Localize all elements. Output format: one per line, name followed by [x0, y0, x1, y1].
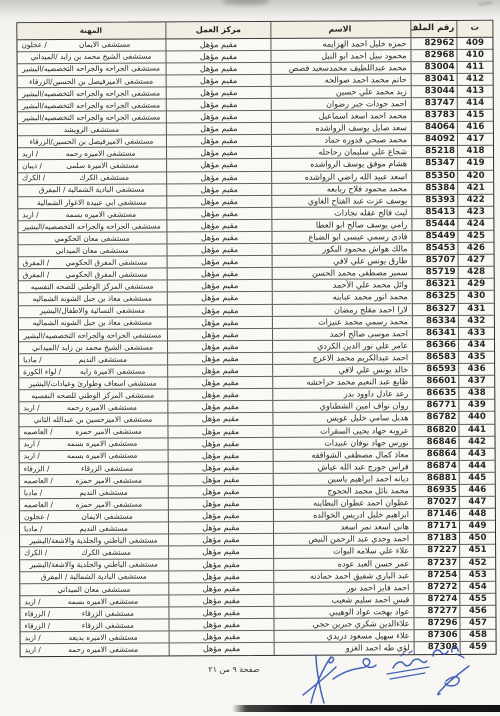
serial-cell: 437 — [458, 376, 494, 387]
serial-cell: 440 — [458, 412, 494, 423]
work-center-cell: مقيم مؤهل — [168, 558, 273, 570]
serial-cell: 458 — [460, 630, 496, 641]
work-center-cell: مقيم مؤهل — [168, 534, 273, 546]
name-cell: حاتم محمد احمد صوالحه — [271, 74, 411, 86]
work-center-cell: مقيم مؤهل — [167, 353, 272, 365]
file-number-cell: 85218 — [411, 146, 457, 157]
file-number-cell: 86334 — [412, 316, 458, 327]
hospital-name: مستشفى الامير حمزه — [55, 426, 163, 438]
district-label: / الزرقاء — [24, 620, 52, 631]
profession-cell: مستشفى الاميره رحمه/ اربد — [19, 402, 167, 414]
hospital-name: مستشفى الجراحه والجراحه التخصصيه/البشير — [22, 87, 161, 99]
work-center-cell: مقيم مؤهل — [169, 643, 274, 656]
district-label: / اربد — [24, 451, 42, 462]
profession-cell: مستشفى معان الميداني — [20, 583, 168, 595]
work-center-cell: مقيم مؤهل — [166, 99, 271, 111]
serial-cell: 431 — [458, 303, 494, 314]
name-cell: قيس احمد سليم شعيب — [273, 594, 413, 606]
name-cell: لارا احمد مقلح رمضان — [272, 304, 412, 316]
serial-cell: 420 — [457, 170, 493, 181]
work-center-cell: مقيم مؤهل — [166, 220, 271, 232]
work-center-cell: مقيم مؤهل — [168, 619, 273, 631]
work-center-cell: مقيم مؤهل — [165, 38, 270, 50]
file-number-cell: 86635 — [412, 388, 458, 399]
work-center-cell: مقيم مؤهل — [166, 184, 271, 196]
serial-cell: 443 — [459, 448, 495, 459]
serial-cell: 415 — [457, 110, 493, 121]
file-number-cell: 87183 — [413, 533, 459, 544]
profession-cell: مستشفى الشيخ محمد بن زايد /الميداني — [19, 341, 167, 353]
hospital-name: مستشفى الزرقاء — [51, 462, 162, 474]
profession-cell: مستشفى الشيخ محمد بن زايد /الميداني — [17, 51, 165, 63]
work-center-cell: مقيم مؤهل — [168, 438, 273, 450]
profession-cell: مستشفى النسائية والاطفال/البشير — [19, 305, 167, 317]
file-number-cell: 85393 — [411, 195, 457, 206]
serial-cell: 433 — [458, 328, 494, 339]
profession-cell: مستشفى اسعاف وطوارئ وعيادات/البشير — [19, 378, 167, 390]
work-center-cell: مقيم مؤهل — [168, 607, 273, 619]
serial-cell: 425 — [457, 231, 493, 242]
serial-cell: 422 — [457, 194, 493, 205]
serial-cell: 454 — [459, 581, 495, 592]
profession-cell: مستشفى معان الحكومي — [18, 232, 166, 244]
district-label: / مادبا — [24, 523, 44, 534]
file-number-cell: 83044 — [411, 86, 457, 97]
scan-artifact-bar — [232, 705, 500, 712]
serial-cell: 455 — [459, 594, 495, 605]
hospital-name: مستشفى الاميره بسمه — [43, 595, 164, 607]
work-center-cell: مقيم مؤهل — [167, 268, 272, 280]
file-number-cell: 87254 — [413, 570, 459, 581]
district-label: / المفرق — [23, 269, 52, 280]
profession-cell: مستشفى الجراحه والجراحه التخصصيه/البشير — [19, 329, 167, 341]
file-number-cell: 85413 — [411, 207, 457, 218]
table-row: 45987308لؤي طه احمد الغزومقيم مؤهلمستشفى… — [21, 642, 496, 657]
hospital-name: مستشفى الاميره رحمه — [40, 148, 161, 160]
file-number-cell: 86771 — [412, 400, 458, 411]
serial-cell: 410 — [456, 49, 492, 60]
file-number-cell: 84064 — [411, 122, 457, 133]
name-cell: احمد موسى صالح احمد — [272, 328, 412, 340]
file-number-cell: 86321 — [412, 279, 458, 290]
hospital-name: مستشفى المفرق الحكومي — [51, 269, 161, 281]
hospital-name: مستشفى المركز الوطني للصحه النفسيه — [23, 281, 162, 293]
work-center-cell: مقيم مؤهل — [167, 341, 272, 353]
name-cell: احمد عبدالكريم محمد الاعرج — [272, 352, 412, 364]
hospital-name: مستشفى الجراحه والجراحه التخصصيه/البشير — [22, 220, 161, 232]
district-label: / العاصمه — [23, 426, 54, 437]
work-center-cell: مقيم مؤهل — [167, 256, 272, 268]
name-cell: ابراهيم خليل ادريس الخوالده — [273, 509, 413, 521]
file-number-cell: 87237 — [413, 557, 459, 568]
hospital-name: مستشفى الجراحه والجراحه التخصصيه/البشير — [22, 112, 161, 124]
profession-cell: مستشفى الزرقاء/ الزرقاء — [20, 462, 168, 474]
name-cell: هاني اسعد نمر اسعد — [273, 521, 413, 533]
name-cell: فراس جورج عبد الله عياش — [273, 461, 413, 473]
hospital-name: مستشفى النديم — [43, 353, 162, 365]
work-center-cell: مقيم مؤهل — [167, 377, 272, 389]
file-number-cell: 86820 — [412, 424, 458, 435]
profession-cell: مستشفى الاميره بديعه/ اربد — [21, 632, 169, 644]
serial-cell: 451 — [459, 545, 495, 556]
hospital-name: مستشفى الاميره بسمه — [42, 450, 163, 462]
profession-cell: مستشفى الكرك/ الكرك — [20, 547, 168, 559]
name-cell: زيد محمد علي حسين — [271, 86, 411, 98]
profession-cell: مستشفى الاميرفيصل بن الحسين/الزرقاء — [18, 136, 166, 148]
serial-cell: 432 — [458, 315, 494, 326]
file-number-cell: 82962 — [410, 37, 456, 48]
name-cell: طارق يونس علي لافي — [272, 255, 412, 267]
profession-cell: مستشفى الامير حمزه/ العاصمه — [19, 426, 167, 438]
district-label: / الزرقاء — [24, 463, 52, 474]
district-label: / العاصمه — [24, 475, 55, 486]
serial-cell: 430 — [458, 291, 494, 302]
name-cell: معاذ كمال مصطفى الشواقفه — [273, 449, 413, 461]
work-center-cell: مقيم مؤهل — [167, 304, 272, 316]
profession-cell: مستشفى المركز الوطني للصحه النفسيه — [19, 390, 167, 402]
work-center-cell: مقيم مؤهل — [166, 75, 271, 87]
profession-cell: مستشفى الباطني والجلدية والاشعة/البشير — [20, 535, 168, 547]
file-number-cell: 85707 — [412, 255, 458, 266]
hospital-name: مستشفى الرويشد — [22, 124, 161, 136]
header-serial: ت — [456, 21, 492, 37]
name-cell: عروبه جهاد يحيى السقرات — [272, 425, 412, 437]
district-label: / عجلون — [24, 511, 51, 522]
profession-cell: مستشفى الرويشد — [18, 124, 166, 136]
file-number-cell: 86325 — [412, 291, 458, 302]
name-cell: محمد نائل محمد الحجوج — [273, 485, 413, 497]
work-center-cell: مقيم مؤهل — [166, 147, 271, 159]
name-cell: يوسف عزت عبد الفتاح الغاوي — [271, 195, 411, 207]
file-number-cell: 87277 — [413, 606, 459, 617]
name-cell: ديانه احمد ابراهيم ياسين — [273, 473, 413, 485]
work-center-cell: مقيم مؤهل — [168, 498, 273, 510]
district-label: / اربد — [25, 632, 43, 643]
name-cell: حمزه خليل احمد الهزايمه — [270, 38, 410, 50]
name-cell: عواد بهجت عواد الوهيبي — [273, 606, 413, 618]
work-center-cell: مقيم مؤهل — [167, 413, 272, 425]
name-cell: شجاع علي سليمان رحاحله — [271, 147, 411, 159]
profession-cell: مستشفى معاذ بن جبل الشونه الشماليه — [19, 293, 167, 305]
header-name: الاسم — [270, 21, 410, 37]
profession-cell: مستشفى البادية الشمالية / المفرق — [18, 184, 166, 196]
district-label: / اربد — [23, 402, 41, 413]
work-center-cell: مقيم مؤهل — [167, 317, 272, 329]
serial-cell: 444 — [459, 461, 495, 472]
file-number-cell: 83041 — [411, 74, 457, 85]
district-label: / مادبا — [24, 487, 44, 498]
district-label: / المفرق — [23, 257, 52, 268]
hospital-name: مستشفى الزرقاء — [52, 607, 163, 619]
profession-cell: مستشفى معان الميداني — [19, 245, 167, 257]
hospital-name: مستشفى الجراحه والجراحه التخصصيه/البشير — [22, 63, 161, 75]
district-label: / العاصمه — [24, 499, 55, 510]
name-cell: محمد احمد اسعد اسماعيل — [271, 110, 411, 122]
hospital-name: مستشفى الاميرحسين بن عبدالله الثاني — [23, 414, 162, 426]
file-number-cell: 87274 — [413, 594, 459, 605]
profession-cell: مستشفى المركز الوطني للصحه النفسيه — [19, 281, 167, 293]
staff-roster-table: ت رقم الملف الاسم مركز العمل المهنة 4098… — [16, 20, 496, 658]
name-cell: علاءالدين شكري جبرين حجي — [273, 618, 413, 630]
profession-cell: مستشفى الكرك/ الكرك — [18, 172, 166, 184]
file-number-cell: 86846 — [413, 437, 459, 448]
work-center-cell: مقيم مؤهل — [167, 292, 272, 304]
hospital-name: مستشفى النديم — [44, 523, 163, 535]
hospital-name: مستشفى النسائية والاطفال/البشير — [23, 305, 162, 317]
work-center-cell: مقيم مؤهل — [168, 522, 273, 534]
profession-cell: مستشفى الايمان/ عجلون — [20, 511, 168, 523]
file-number-cell: 83747 — [411, 98, 457, 109]
name-cell: سعد صايل يوسف الرواشده — [271, 122, 411, 134]
scan-smudge — [222, 0, 270, 5]
work-center-cell: مقيم مؤهل — [167, 389, 272, 401]
name-cell: علاء سهيل مسعود دريدي — [274, 630, 414, 642]
file-number-cell: 85384 — [411, 183, 457, 194]
serial-cell: 449 — [459, 521, 495, 532]
file-number-cell: 87171 — [413, 521, 459, 532]
serial-cell: 442 — [459, 436, 495, 447]
hospital-name: مستشفى الجراحه والجراحه التخصصيه/البشير — [22, 99, 161, 111]
profession-cell: مستشفى الجراحه والجراحه التخصصيه/البشير — [18, 99, 166, 111]
profession-cell: مستشفى الامير حمزه/ العاصمه — [20, 474, 168, 486]
hospital-name: مستشفى الاميره رحمه — [42, 402, 163, 414]
header-profession: المهنة — [17, 22, 165, 38]
work-center-cell: مقيم مؤهل — [167, 244, 272, 256]
name-cell: وائل محمد علي الأحمد — [272, 280, 412, 292]
district-label: / مادبا — [23, 354, 43, 365]
serial-cell: 436 — [458, 364, 494, 375]
name-cell: احمد جودات جبر رضوان — [271, 98, 411, 110]
file-number-cell: 87296 — [413, 618, 459, 629]
hospital-name: مستشفى معاذ بن جبل الشونه الشماليه — [23, 317, 162, 329]
name-cell: احمد وجدي عبد الرحمن النيص — [273, 534, 413, 546]
serial-cell: 417 — [457, 134, 493, 145]
name-cell: طايع عبد النعيم محمد حراحشه — [272, 376, 412, 388]
district-label: / لواء الكورة — [23, 366, 63, 378]
work-center-cell: مقيم مؤهل — [166, 135, 271, 147]
file-number-cell: 85453 — [412, 243, 458, 254]
work-center-cell: مقيم مؤهل — [166, 232, 271, 244]
profession-cell: مستشفى الاميره بسمه/ اربد — [20, 450, 168, 462]
name-cell: نورس جهاد نوفان عبيدات — [273, 437, 413, 449]
district-label: / عجلون — [21, 39, 48, 50]
serial-cell: 459 — [460, 642, 496, 654]
profession-cell: مستشفى الاميره بسمه/ اربد — [20, 438, 168, 450]
file-number-cell: 86583 — [412, 352, 458, 363]
profession-cell: مستشفى الزرقاء/ الزرقاء — [20, 607, 168, 619]
district-label: / الزرقاء — [24, 608, 52, 619]
scanned-document-page: ت رقم الملف الاسم مركز العمل المهنة 4098… — [0, 0, 500, 716]
work-center-cell: مقيم مؤهل — [168, 474, 273, 486]
file-number-cell: 87308 — [414, 642, 460, 654]
work-center-cell: مقيم مؤهل — [166, 111, 271, 123]
table-body: 40982962حمزه خليل احمد الهزايمهمقيم مؤهل… — [17, 37, 495, 656]
name-cell: عامر علي نور الدين الكردي — [272, 340, 412, 352]
hospital-name: مستشفى معان الميداني — [23, 245, 162, 257]
serial-cell: 438 — [458, 388, 494, 399]
serial-cell: 411 — [457, 61, 493, 72]
file-number-cell: 83783 — [411, 110, 457, 121]
hospital-name: مستشفى معان الحكومي — [22, 232, 161, 244]
file-number-cell: 85449 — [411, 231, 457, 242]
profession-cell: مستشفى الاميره رحمه/ اربد — [21, 644, 169, 657]
hospital-name: مستشفى الشيخ محمد بن زايد /الميداني — [21, 51, 160, 63]
name-cell: اسعد عبيد الله راضي الرواشده — [271, 171, 411, 183]
name-cell: مالك هواش محمود البكور — [272, 243, 412, 255]
work-center-cell: مقيم مؤهل — [168, 571, 273, 583]
file-number-cell: 86782 — [412, 412, 458, 423]
hospital-name: مستشفى الاميره بسمه — [41, 208, 162, 220]
district-label: / ذيبان — [22, 160, 44, 171]
hospital-name: مستشفى الايمان — [51, 511, 163, 523]
work-center-cell: مقيم مؤهل — [166, 63, 271, 75]
hospital-name: مستشفى الاميرة رايه — [63, 365, 162, 377]
work-center-cell: مقيم مؤهل — [168, 595, 273, 607]
serial-cell: 456 — [459, 606, 495, 617]
district-label: / اربد — [24, 596, 42, 607]
profession-cell: مستشفى الاميره بسمه/ اربد — [18, 208, 166, 220]
file-number-cell: 86593 — [412, 364, 458, 375]
file-number-cell: 86874 — [413, 461, 459, 472]
hospital-name: مستشفى الباطني والجلدية والاشعة/البشير — [24, 559, 163, 571]
profession-cell: مستشفى الاميرة رايه/ لواء الكورة — [19, 365, 167, 377]
serial-cell: 450 — [459, 533, 495, 544]
work-center-cell: مقيم مؤهل — [166, 171, 271, 183]
district-label: / اربد — [25, 645, 43, 657]
file-number-cell: 86601 — [412, 376, 458, 387]
serial-cell: 426 — [458, 243, 494, 254]
hospital-name: مستشفى الكرك — [49, 547, 163, 559]
hospital-name: مستشفى البادية الشمالية / المفرق — [24, 571, 163, 583]
profession-cell: مستشفى ابي عبيدة الاغوار الشمالية — [18, 196, 166, 208]
serial-cell: 424 — [457, 219, 493, 230]
serial-cell: 447 — [459, 497, 495, 508]
name-cell: لؤي طه احمد الغزو — [274, 642, 414, 655]
hospital-name: مستشفى معان الميداني — [24, 583, 163, 595]
work-center-cell: مقيم مؤهل — [168, 462, 273, 474]
serial-cell: 419 — [457, 158, 493, 169]
file-number-cell: 85347 — [411, 158, 457, 169]
profession-cell: مستشفى الاميرة سلمى/ ذيبان — [18, 160, 166, 172]
district-label: / اربد — [22, 148, 40, 159]
file-number-cell: 86327 — [412, 304, 458, 315]
name-cell: ليث فالح عقله نجادات — [271, 207, 411, 219]
file-number-cell: 85350 — [411, 170, 457, 181]
profession-cell: مستشفى الاميره بسمه/ اربد — [20, 595, 168, 607]
name-cell: محمود نبيل احمد ابو النيل — [270, 50, 410, 62]
name-cell: هديل سامي خليل عويس — [272, 413, 412, 425]
file-number-cell: 86341 — [412, 328, 458, 339]
name-cell: عبد الباري شفيق احمد حمادنه — [273, 570, 413, 582]
name-cell: خالد يونس علي لافي — [272, 364, 412, 376]
hospital-name: مستشفى الباطني والجلدية والاشعة/البشير — [24, 535, 163, 547]
file-number-cell: 86864 — [413, 449, 459, 460]
work-center-cell: مقيم مؤهل — [168, 583, 273, 595]
work-center-cell: مقيم مؤهل — [167, 365, 272, 377]
hospital-name: مستشفى الاميره رحمه — [43, 644, 164, 656]
serial-cell: 414 — [457, 98, 493, 109]
hospital-name: مستشفى الاميرة سلمى — [44, 160, 161, 172]
name-cell: رعد عادل داوود بدر — [272, 388, 412, 400]
name-cell: سمير مصطفى محمد الحسن — [272, 267, 412, 279]
work-center-cell: مقيم مؤهل — [167, 329, 272, 341]
file-number-cell: 86935 — [413, 485, 459, 496]
hospital-name: مستشفى البادية الشمالية / المفرق — [22, 184, 161, 196]
file-number-cell: 87306 — [414, 630, 460, 641]
work-center-cell: مقيم مؤهل — [166, 87, 271, 99]
profession-cell: مستشفى النديم/ مادبا — [20, 486, 168, 498]
file-number-cell: 85444 — [411, 219, 457, 230]
serial-cell: 418 — [457, 146, 493, 157]
file-number-cell: 87027 — [413, 497, 459, 508]
work-center-cell: مقيم مؤهل — [169, 631, 274, 643]
name-cell: احمد فايز احمد نور — [273, 582, 413, 594]
name-cell: علاء علي سلامه البوات — [273, 546, 413, 558]
hospital-name: مستشفى الامير حمزه — [55, 499, 163, 511]
profession-cell: مستشفى النديم/ مادبا — [20, 523, 168, 535]
serial-cell: 452 — [459, 557, 495, 568]
profession-cell: مستشفى البادية الشمالية / المفرق — [20, 571, 168, 583]
work-center-cell: مقيم مؤهل — [168, 486, 273, 498]
district-label: / اربد — [22, 209, 40, 220]
serial-cell: 428 — [458, 267, 494, 278]
hospital-name: مستشفى المفرق الحكومي — [51, 257, 161, 269]
serial-cell: 413 — [457, 86, 493, 97]
scan-edge-mark — [478, 1, 492, 6]
profession-cell: مستشفى الجراحه والجراحه التخصصيه/البشير — [18, 63, 166, 75]
serial-cell: 421 — [457, 182, 493, 193]
serial-cell: 409 — [456, 37, 492, 48]
work-center-cell: مقيم مؤهل — [166, 196, 271, 208]
serial-cell: 453 — [459, 569, 495, 580]
profession-cell: مستشفى الاميره رحمه/ اربد — [18, 148, 166, 160]
profession-cell: مستشفى الايمان/ عجلون — [17, 39, 165, 51]
hospital-name: مستشفى ابي عبيدة الاغوار الشمالية — [22, 196, 161, 208]
hospital-name: مستشفى المركز الوطني للصحه النفسيه — [23, 390, 162, 402]
serial-cell: 429 — [458, 279, 494, 290]
work-center-cell: مقيم مؤهل — [167, 401, 272, 413]
name-cell: محمد عبداللطيف محمدسعيد قصص — [271, 62, 411, 74]
name-cell: محمد رسمي محمد عنيزات — [272, 316, 412, 328]
work-center-cell: مقيم مؤهل — [166, 159, 271, 171]
serial-cell: 448 — [459, 509, 495, 520]
serial-cell: 427 — [458, 255, 494, 266]
profession-cell: مستشفى الجراحه والجراحه التخصصيه/البشير — [18, 87, 166, 99]
name-cell: هشام موفق يوسف الرواشده — [271, 159, 411, 171]
name-cell: عطوان احمد عطوان البطاينه — [273, 497, 413, 509]
serial-cell: 412 — [457, 74, 493, 85]
work-center-cell: مقيم مؤهل — [168, 546, 273, 558]
hospital-name: مستشفى الكرك — [47, 172, 161, 184]
file-number-cell: 86366 — [412, 340, 458, 351]
hospital-name: مستشفى الجراحه والجراحه التخصصيه/البشير — [23, 329, 162, 341]
work-center-cell: مقيم مؤهل — [167, 280, 272, 292]
name-cell: عمر حسن العبد عوده — [273, 558, 413, 570]
hospital-name: مستشفى الاميره بسمه — [42, 438, 163, 450]
file-number-cell: 87272 — [413, 582, 459, 593]
profession-cell: مستشفى الجراحه والجراحه التخصصيه/البشير — [18, 112, 166, 124]
hospital-name: مستشفى معاذ بن جبل الشونه الشماليه — [23, 293, 162, 305]
file-number-cell: 87227 — [413, 545, 459, 556]
header-file-number: رقم الملف — [410, 21, 456, 37]
work-center-cell: مقيم مؤهل — [168, 450, 273, 462]
hospital-name: مستشفى الاميرفيصل بن الحسين/الزرقاء — [22, 75, 161, 87]
district-label: / الكرك — [22, 172, 47, 183]
profession-cell: مستشفى الجراحه والجراحه التخصصيه/البشير — [18, 220, 166, 232]
hospital-name: مستشفى الاميره بديعه — [43, 632, 164, 644]
file-number-cell: 82968 — [410, 50, 456, 61]
hospital-name: مستشفى النديم — [44, 486, 163, 498]
